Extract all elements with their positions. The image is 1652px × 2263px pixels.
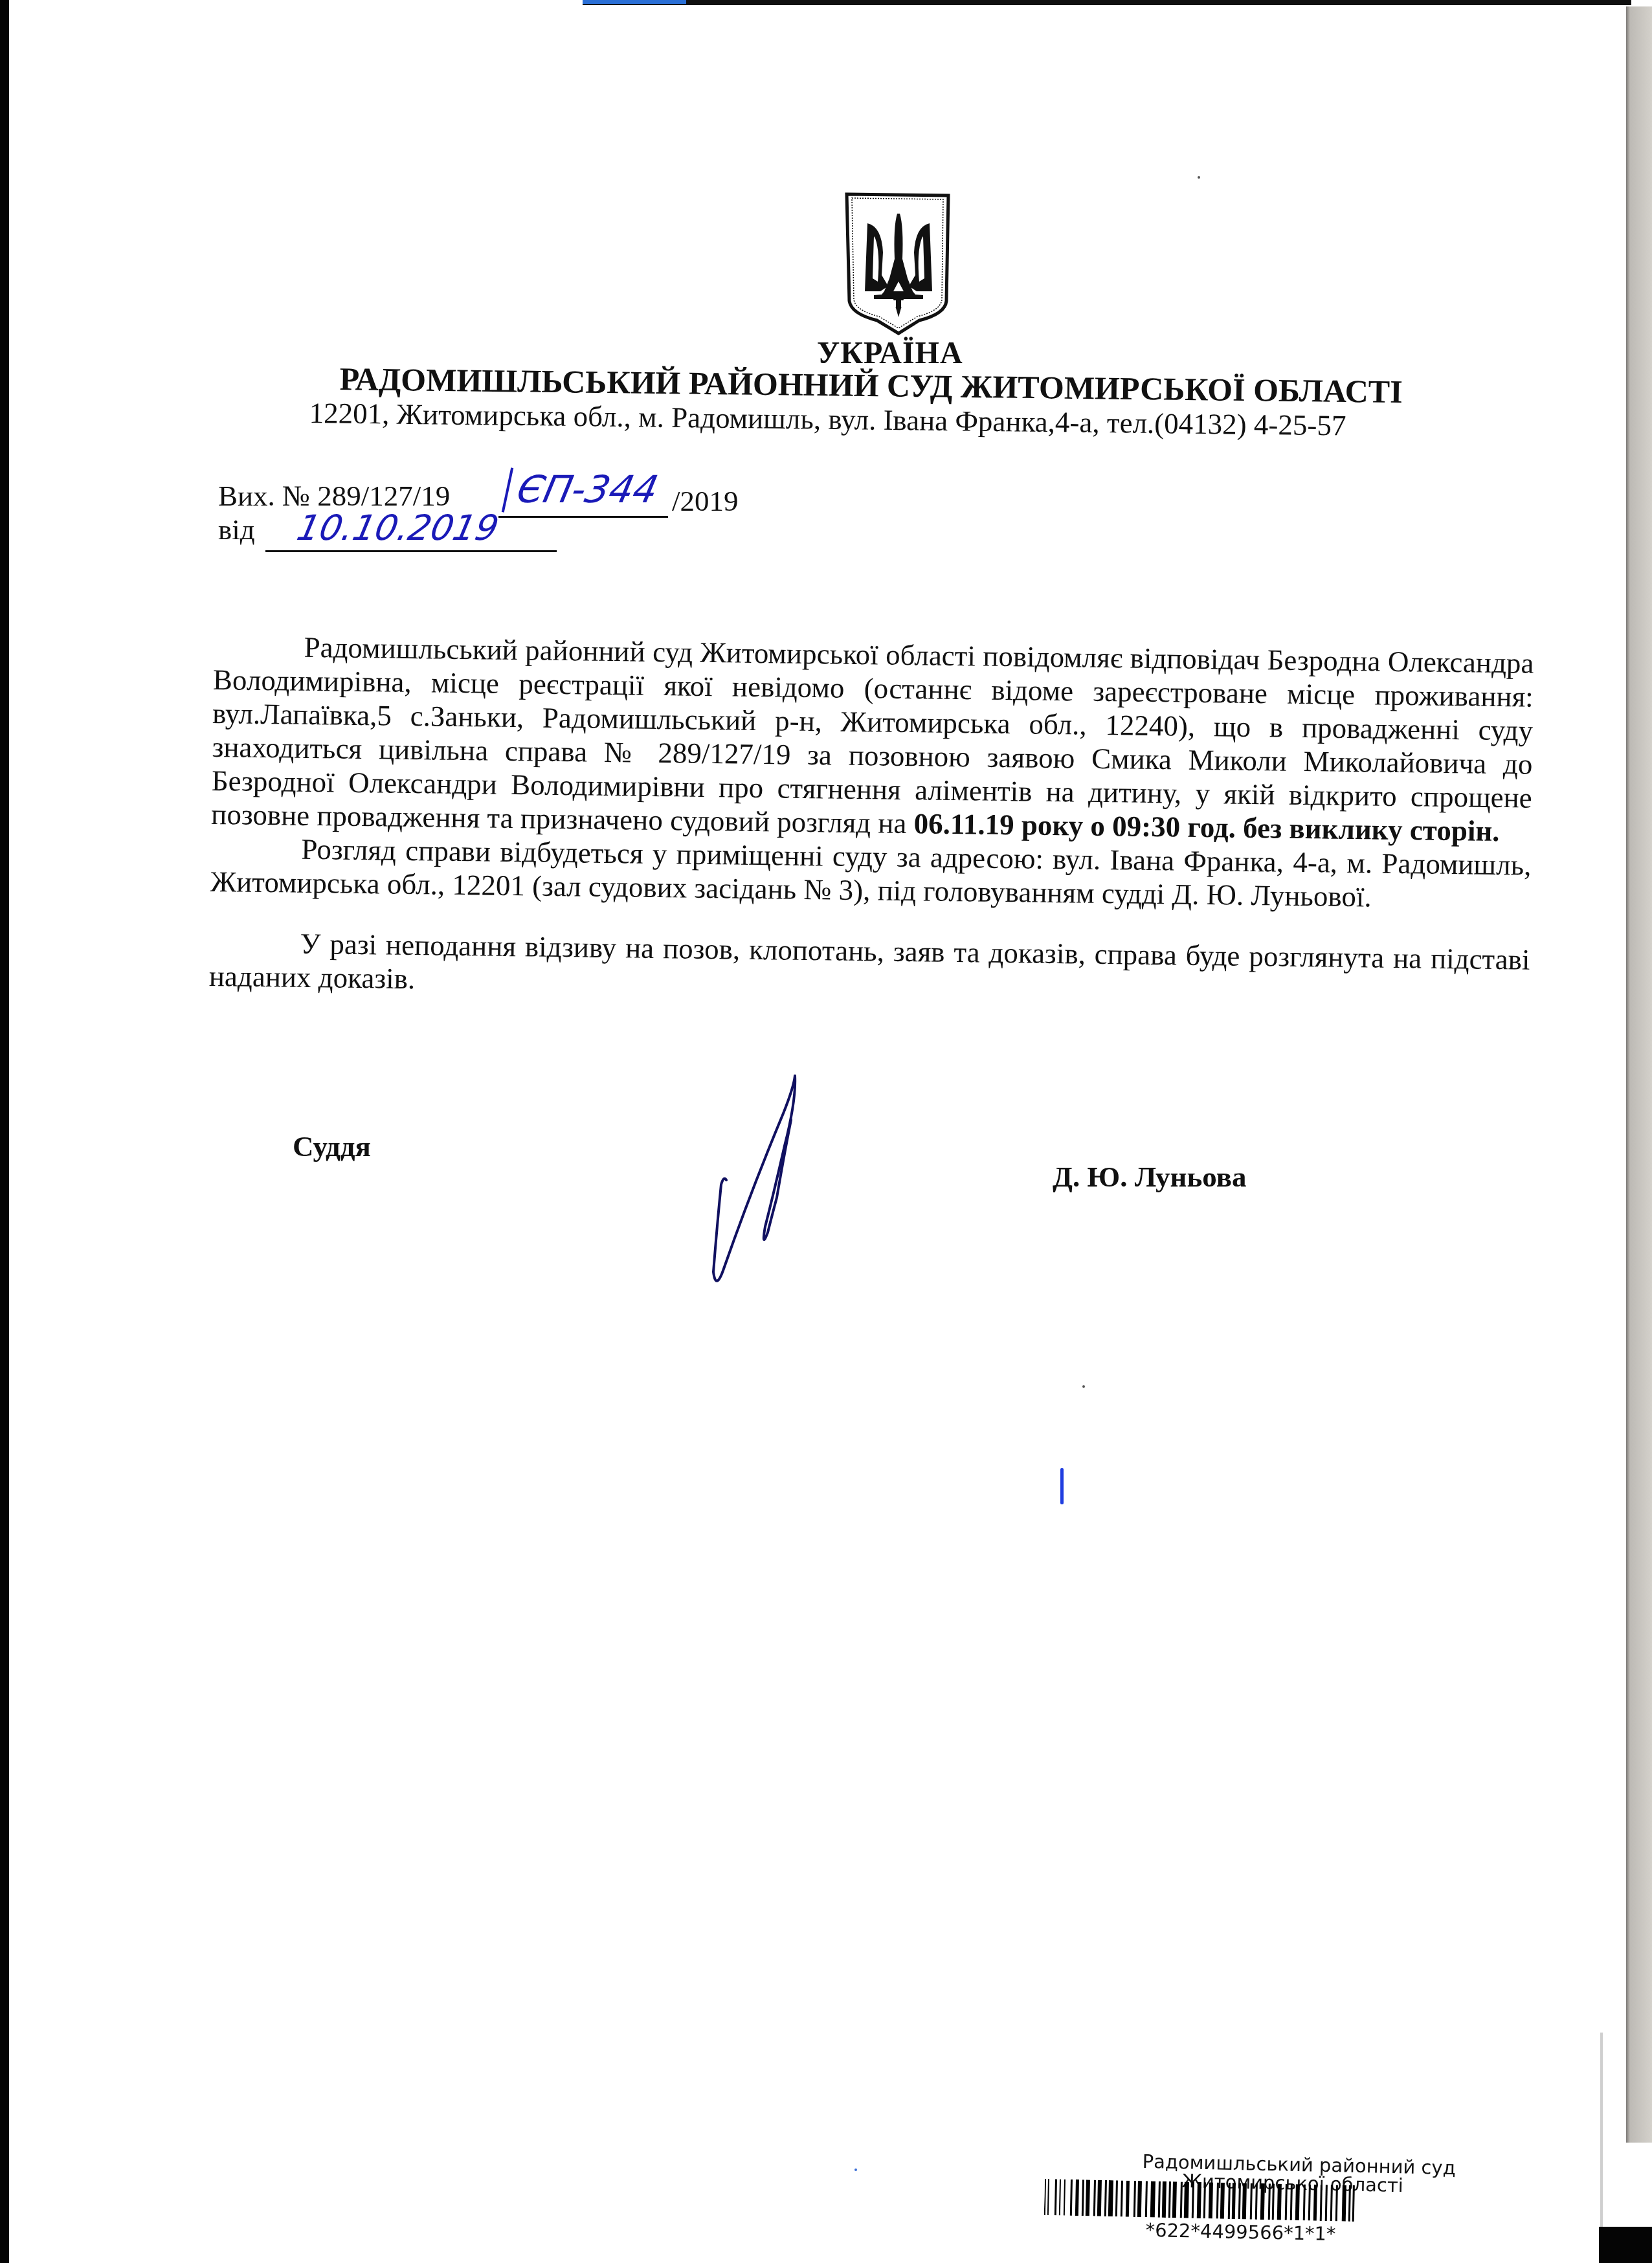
- judge-name: Д. Ю. Луньова: [1053, 1160, 1246, 1194]
- outgoing-number-handwritten: ЄП-344: [513, 467, 662, 511]
- handwritten-signature-icon: [712, 1075, 945, 1308]
- signature-title: Суддя: [293, 1130, 371, 1163]
- outgoing-number-underline: [498, 516, 668, 518]
- date-label: від: [218, 513, 255, 546]
- paragraph-case-notice: Радомишльський районний суд Житомирської…: [211, 629, 1534, 849]
- scan-speck: [1198, 176, 1200, 179]
- handwritten-slash-mark: [502, 467, 513, 512]
- barcode-icon: [1044, 2179, 1356, 2222]
- ink-mark: [1060, 1468, 1064, 1504]
- notice-body: Радомишльський районний суд Житомирської…: [209, 629, 1534, 1010]
- paragraph-consequence: У разі неподання відзиву на позов, клопо…: [209, 926, 1530, 1010]
- date-handwritten: 10.10.2019: [293, 507, 502, 548]
- scan-speck: [1082, 1385, 1085, 1388]
- date-underline: [265, 550, 557, 552]
- document-page: УКРАЇНА РАДОМИШЛЬСЬКИЙ РАЙОННИЙ СУД ЖИТО…: [0, 0, 1626, 2263]
- scan-speck: [854, 2168, 857, 2171]
- paragraph-case-notice-text: Радомишльський районний суд Житомирської…: [211, 631, 1534, 840]
- registry-stamp: Радомишльський районний суд Житомирської…: [1036, 2136, 1521, 2263]
- coat-of-arms-icon: [842, 188, 955, 337]
- outgoing-number-year: /2019: [672, 484, 739, 518]
- scan-right-edge: [1626, 6, 1652, 2143]
- barcode-number: *622*4499566*1*1*: [1145, 2219, 1336, 2245]
